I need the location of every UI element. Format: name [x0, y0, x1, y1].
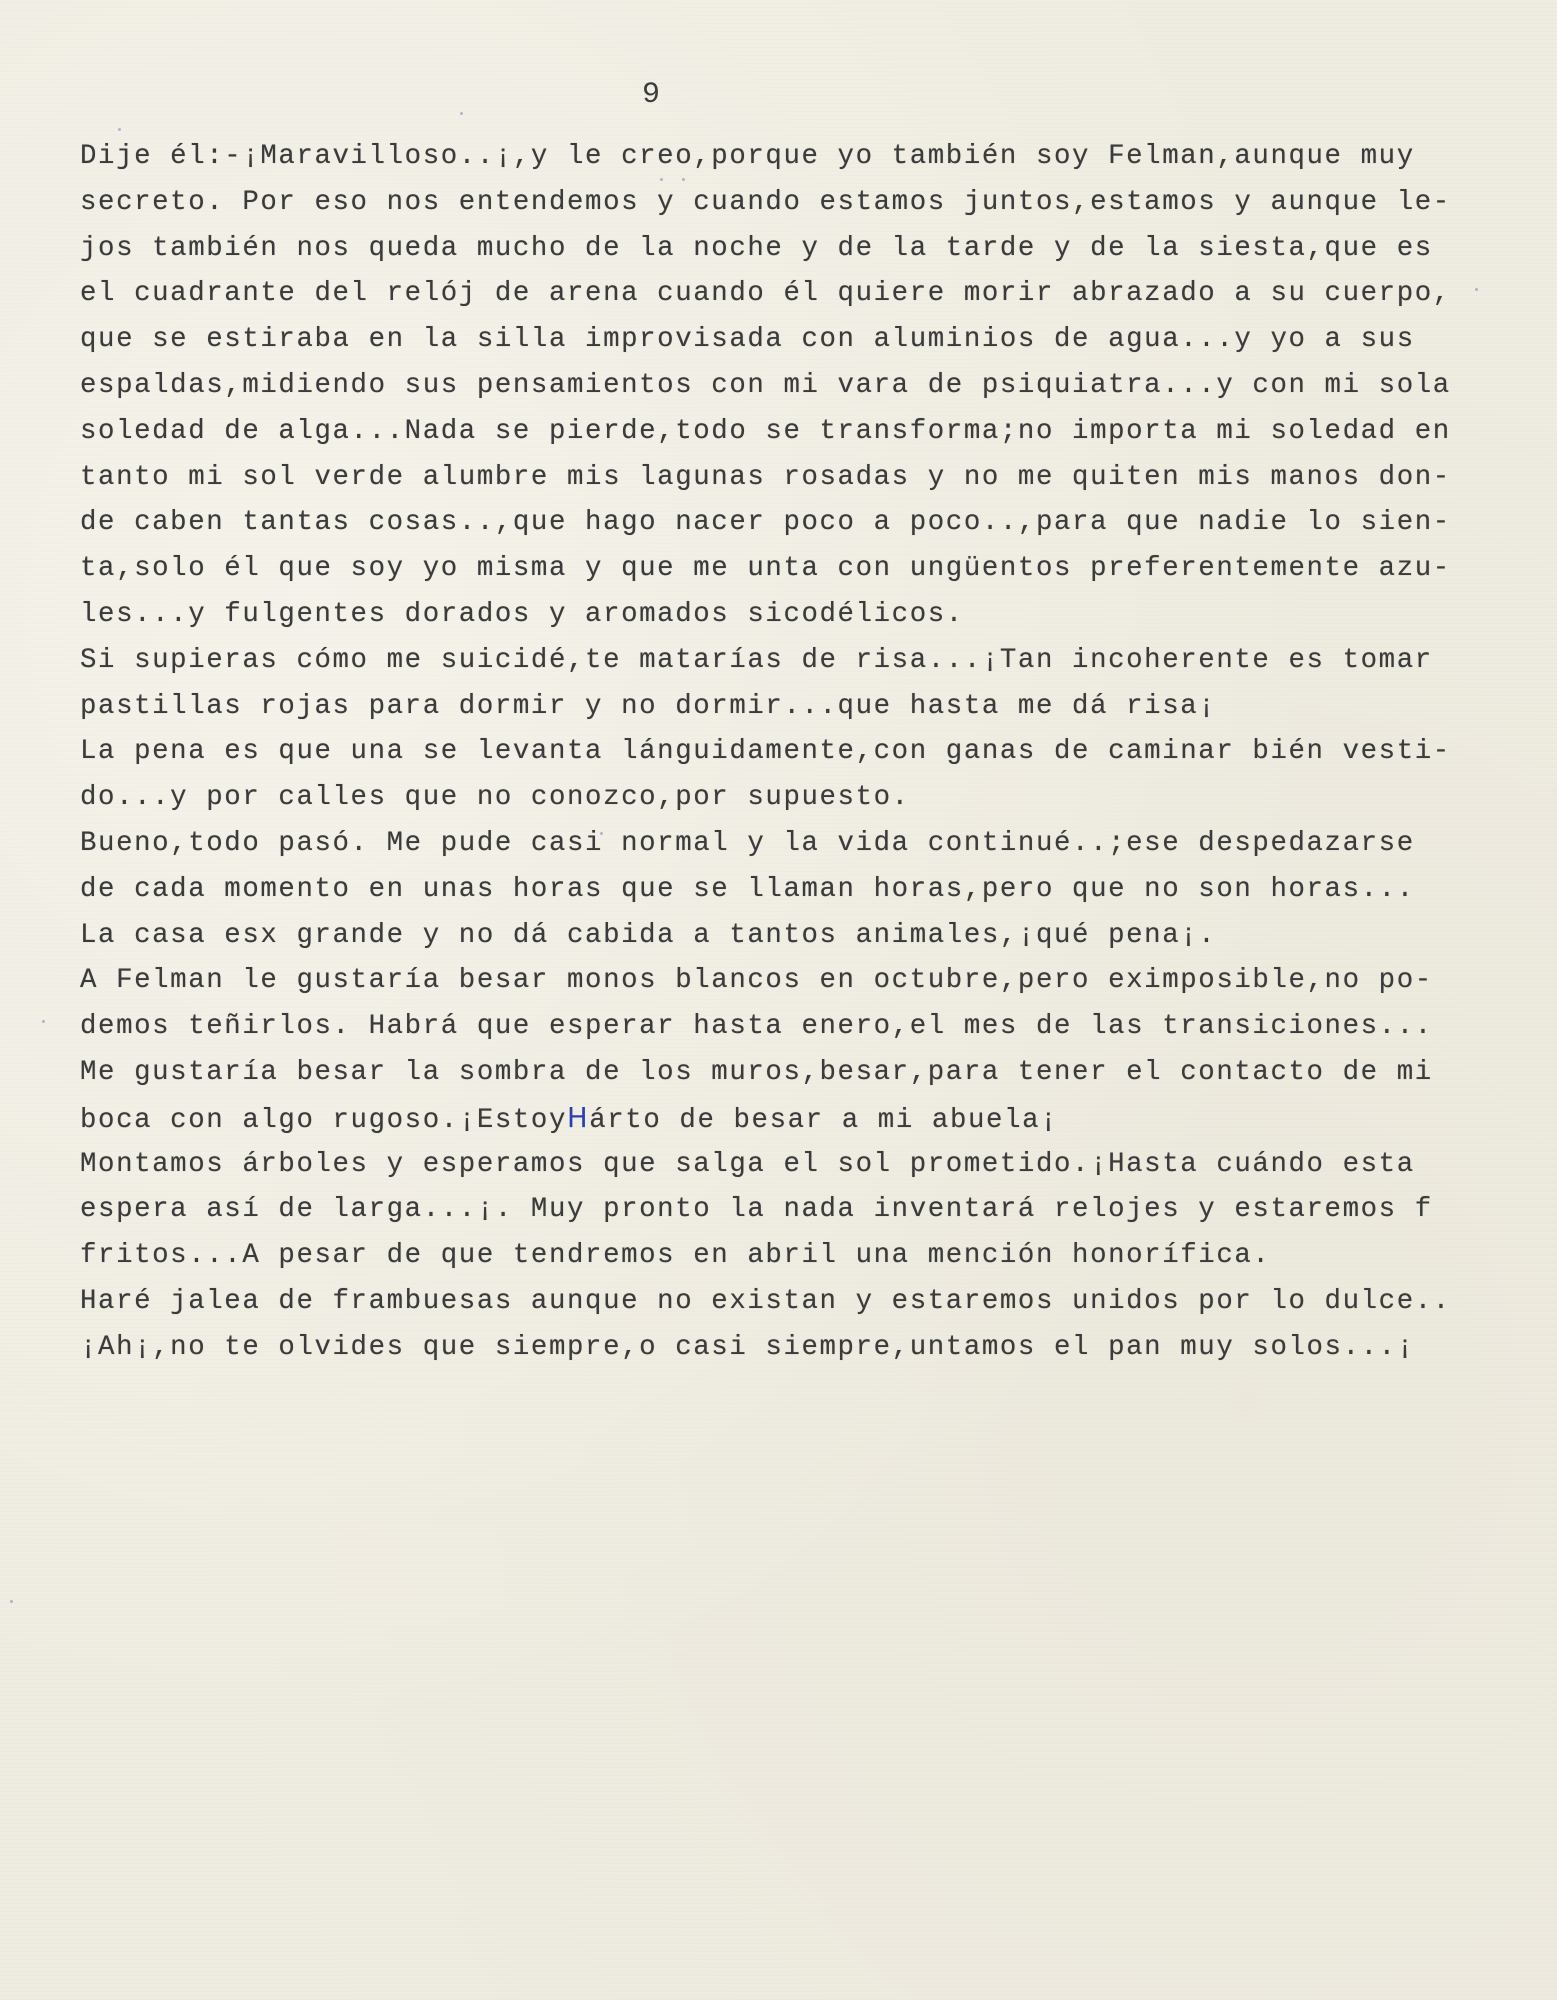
- handwritten-correction: H: [567, 1103, 589, 1134]
- text-line: espaldas,midiendo sus pensamientos con m…: [80, 363, 1520, 409]
- ink-speck: [600, 832, 603, 835]
- text-line: La casa esx grande y no dá cabida a tant…: [80, 913, 1520, 959]
- ink-speck: [660, 178, 663, 181]
- text-line: el cuadrante del relój de arena cuando é…: [80, 271, 1520, 317]
- typescript-body: Dije él:-¡Maravilloso..¡,y le creo,porqu…: [80, 134, 1520, 1371]
- text-line: Bueno,todo pasó. Me pude casi normal y l…: [80, 821, 1520, 867]
- ink-speck: [682, 178, 685, 181]
- ink-speck: [460, 112, 463, 115]
- text-line: jos también nos queda mucho de la noche …: [80, 226, 1520, 272]
- text-line: soledad de alga...Nada se pierde,todo se…: [80, 409, 1520, 455]
- text-line-with-correction: boca con algo rugoso.¡EstoyHárto de besa…: [80, 1096, 1520, 1142]
- text-line: ta,solo él que soy yo misma y que me unt…: [80, 546, 1520, 592]
- text-line: fritos...A pesar de que tendremos en abr…: [80, 1233, 1520, 1279]
- text-line: do...y por calles que no conozco,por sup…: [80, 775, 1520, 821]
- text-line: que se estiraba en la silla improvisada …: [80, 317, 1520, 363]
- ink-speck: [42, 1020, 45, 1023]
- text-line: Montamos árboles y esperamos que salga e…: [80, 1142, 1520, 1188]
- text-line: ¡Ah¡,no te olvides que siempre,o casi si…: [80, 1325, 1520, 1371]
- text-line: de caben tantas cosas..,que hago nacer p…: [80, 500, 1520, 546]
- text-line: demos teñirlos. Habrá que esperar hasta …: [80, 1004, 1520, 1050]
- text-line: Me gustaría besar la sombra de los muros…: [80, 1050, 1520, 1096]
- text-segment: árto de besar a mi abuela¡: [589, 1105, 1058, 1136]
- ink-speck: [1475, 288, 1478, 291]
- text-line: Si supieras cómo me suicidé,te matarías …: [80, 638, 1520, 684]
- text-line: les...y fulgentes dorados y aromados sic…: [80, 592, 1520, 638]
- text-segment: boca con algo rugoso.¡Estoy: [80, 1105, 567, 1136]
- ink-speck: [10, 1600, 13, 1603]
- page-number: 9: [642, 78, 660, 112]
- text-line: Haré jalea de frambuesas aunque no exist…: [80, 1279, 1520, 1325]
- ink-speck: [118, 128, 121, 131]
- text-line: espera así de larga...¡. Muy pronto la n…: [80, 1187, 1520, 1233]
- text-line: A Felman le gustaría besar monos blancos…: [80, 958, 1520, 1004]
- ink-speck: [540, 754, 543, 757]
- text-line: secreto. Por eso nos entendemos y cuando…: [80, 180, 1520, 226]
- text-line: de cada momento en unas horas que se lla…: [80, 867, 1520, 913]
- text-line: pastillas rojas para dormir y no dormir.…: [80, 684, 1520, 730]
- text-line: tanto mi sol verde alumbre mis lagunas r…: [80, 455, 1520, 501]
- text-line: La pena es que una se levanta lánguidame…: [80, 729, 1520, 775]
- text-line: Dije él:-¡Maravilloso..¡,y le creo,porqu…: [80, 134, 1520, 180]
- typewritten-page: 9 Dije él:-¡Maravilloso..¡,y le creo,por…: [0, 0, 1557, 2000]
